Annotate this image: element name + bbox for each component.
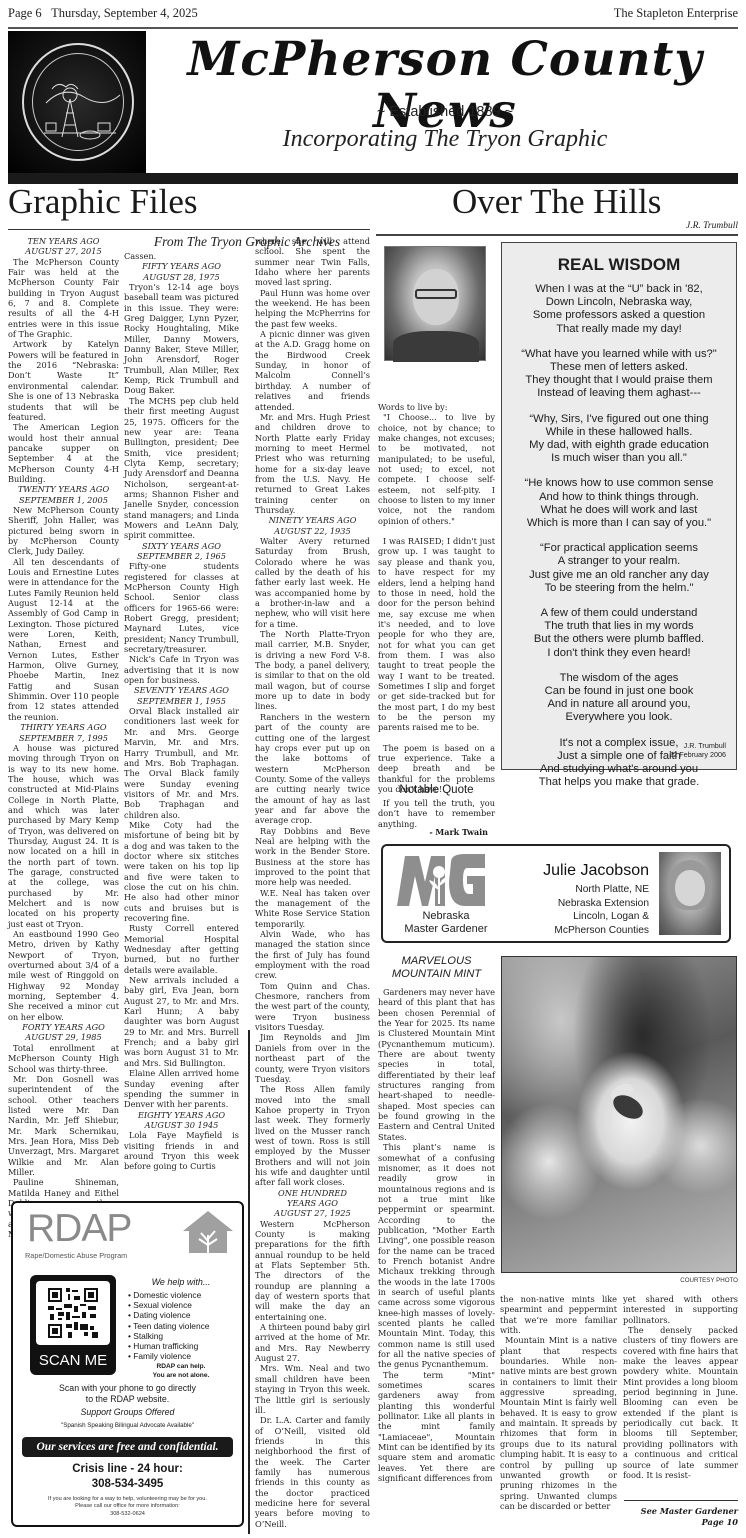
section-divider-left [8,229,370,230]
help-item: Stalking [128,1331,209,1341]
help-item: Dating violence [128,1310,209,1320]
scan-instructions: Scan with your phone to go directly to t… [13,1383,242,1405]
poem-line: A stranger to your realm. [502,555,736,568]
poem-line: They thought that I would praise them [502,374,736,387]
rdap-can-help: RDAP can help. You are not alone. [131,1363,231,1380]
poem-line: “He knows how to use common sense [502,477,736,490]
poem-stanza: The wisdom of the agesCan be found in ju… [502,672,736,725]
paragraph: Words to live by: [378,402,495,412]
dateline-heading: SEPTEMBER 1, 1955 [124,696,239,706]
support-groups: Support Groups Offered [13,1407,242,1417]
paragraph: A picnic dinner was given at the A.D. Gr… [255,329,370,412]
paragraph: Elaine Allen arrived home Sunday evening… [124,1068,239,1109]
paragraph: Mountain Mint is a native plant that res… [500,1335,617,1511]
paragraph: Cassen. [124,251,239,261]
poem-line: The wisdom of the ages [502,672,736,685]
poem-signature: J.R. Trumbull 22 February 2006 [669,741,726,759]
master-gardener-caption: Nebraska Master Gardener [391,910,501,936]
help-item: Human trafficking [128,1341,209,1351]
paragraph: Ray Dobbins and Beve Neal are helping wi… [255,826,370,888]
dateline-heading: SEVENTY YEARS AGO [124,685,239,695]
section-divider-right [376,234,738,236]
poem-stanza: “Why, Sirs, I've figured out one thingWh… [502,413,736,466]
dateline-heading: AUGUST 27, 1925 [255,1208,370,1218]
paragraph: Mr. and Mrs. Hugh Priest and children dr… [255,412,370,515]
paragraph: Dr. L.A. Carter and family of O’Neill, v… [255,1415,370,1529]
dateline-heading: ONE HUNDRED [255,1188,370,1198]
dateline-heading: EIGHTY YEARS AGO [124,1110,239,1120]
poem-line: When I was at the “U” back in '82, [502,283,736,296]
issue-date: Thursday, September 4, 2025 [51,6,198,20]
page-number: Page 6 [8,6,42,20]
help-item: Domestic violence [128,1290,209,1300]
poem-date: 22 February 2006 [669,750,726,759]
help-title: We help with... [121,1277,241,1287]
paragraph: "I Choose... to live by choice, not by c… [378,412,495,526]
help-list: Domestic violence Sexual violence Dating… [128,1290,209,1361]
paragraph: The McPherson County Fair was held at th… [8,257,119,340]
paragraph: This plant’s name is somewhat of a confu… [378,1142,495,1370]
mint-article-column-2: the non-native mints like spearmint and … [500,1294,617,1511]
author-name: Julie Jacobson [543,862,649,880]
dateline-heading: SIXTY YEARS AGO [124,541,239,551]
spanish-advocate: "Spanish Speaking Bilingual Advocate Ava… [13,1422,242,1429]
paragraph [378,526,495,536]
poem-line: But the others were plumb baffled. [502,633,736,646]
archives-column-3: where she will attend school. She spent … [255,236,370,1529]
master-gardener-banner: Nebraska Master Gardener Julie Jacobson … [381,844,731,943]
dateline-heading: TEN YEARS AGO [8,236,119,246]
paragraph: the non-native mints like spearmint and … [500,1294,617,1335]
ad-side-rule [248,1030,250,1534]
poem-line: Can be found in just one book [502,685,736,698]
dateline-heading: AUGUST 28, 1975 [124,272,239,282]
paragraph: Mrs. Wm. Neal and two small children hav… [255,1363,370,1415]
paragraph: Paul Hunn was home over the weekend. He … [255,288,370,329]
article-headline: MARVELOUS MOUNTAIN MINT [378,955,495,981]
poem-line: “Why, Sirs, I've figured out one thing [502,413,736,426]
poem-line: I don't think they even heard! [502,647,736,660]
newspaper-title: McPherson County News [150,34,740,137]
paragraph: Total enrollment at McPherson County Hig… [8,1043,119,1074]
dateline-heading: SEPTEMBER 1, 2005 [8,495,119,505]
established-line: ~ Established 1889 ~ [150,104,740,120]
paragraph: Rusty Correll entered Memorial Hospital … [124,923,239,975]
paragraph [378,733,495,743]
paragraph: The densely packed clusters of tiny flow… [623,1325,738,1480]
paragraph: Fifty-one students registered for classe… [124,561,239,654]
poem-stanzas: When I was at the “U” back in '82,Down L… [502,283,736,790]
poem-stanza: When I was at the “U” back in '82,Down L… [502,283,736,336]
qr-code-block[interactable]: SCAN ME [30,1275,116,1375]
poem-stanza: A few of them could understandThe truth … [502,607,736,660]
paragraph: The Ross Allen family moved into the sma… [255,1084,370,1187]
dateline-heading: NINETY YEARS AGO [255,515,370,525]
notable-quote-attribution: - Mark Twain [378,827,488,837]
incorporating-line: Incorporating The Tryon Graphic [150,126,740,153]
paragraph: Nick’s Cafe in Tryon was advertising tha… [124,654,239,685]
mountain-mint-photo [501,956,737,1273]
rdap-subtitle: Rape/Domestic Abuse Program [25,1251,127,1260]
help-item: Sexual violence [128,1300,209,1310]
dateline-heading: SEPTEMBER 7, 1995 [8,733,119,743]
poem-line: That really made my day! [502,323,736,336]
dateline-heading: THIRTY YEARS AGO [8,722,119,732]
poem-line: Down Lincoln, Nebraska way, [502,296,736,309]
mint-article-column-3: yet shared with others interested in sup… [623,1294,738,1480]
poem-line: And in nature all around you, [502,698,736,711]
poem-stanza: “For practical application seemsA strang… [502,542,736,595]
continued-on-page[interactable]: See Master Gardener Page 10 [600,1506,738,1527]
scan-me-label: SCAN ME [30,1352,116,1369]
paragraph: New McPherson County Sheriff, John Halle… [8,505,119,557]
county-seal-logo [8,31,146,173]
poem-line: These men of letters asked. [502,361,736,374]
mint-article-column-1: Gardeners may never have heard of this p… [378,987,495,1484]
paragraph: New arrivals included a baby girl, Eva J… [124,975,239,1068]
section-title-graphic-files: Graphic Files [8,182,198,222]
poem-line: A few of them could understand [502,607,736,620]
poem-line: My dad, with eighth grade education [502,439,736,452]
seal-icon [22,43,134,161]
author-info: North Platte, NE Nebraska Extension Linc… [554,883,649,937]
column-byline: J.R. Trumbull [686,221,738,231]
dateline-heading: TWENTY YEARS AGO [8,484,119,494]
poem-stanza: “He knows how to use common senseAnd how… [502,477,736,530]
paragraph: W.E. Neal has taken over the management … [255,888,370,929]
folio-divider [8,27,738,29]
poem-line: And studying what's around you [502,763,736,776]
poem-line: Is much wiser than you all." [502,452,736,465]
poem-line: Instead of leaving them aghast--- [502,387,736,400]
archives-column-2: Cassen.FIFTY YEARS AGOAUGUST 28, 1975Try… [124,251,239,1172]
dateline-heading: FIFTY YEARS AGO [124,261,239,271]
paragraph: The American Legion would host their ann… [8,422,119,484]
dateline-heading: YEARS AGO [255,1198,370,1208]
paragraph: The MCHS pep club held their first meeti… [124,396,239,541]
poem-line: Some professors asked a question [502,309,736,322]
paragraph: Tryon’s 12-14 age boys baseball team was… [124,282,239,396]
poem-title: REAL WISDOM [502,255,736,275]
paragraph: Mr. Don Gosnell was superintendent of th… [8,1074,119,1177]
poem-line: “For practical application seems [502,542,736,555]
paragraph: The North Platte-Tryon mail carrier, M.B… [255,629,370,712]
help-item: Teen dating violence [128,1321,209,1331]
paragraph: Alvin Wade, who has managed the station … [255,929,370,981]
free-confidential-banner: Our services are free and confidential. [22,1437,233,1457]
notable-quote-text: If you tell the truth, you don’t have to… [378,798,495,829]
poem-line: The truth that lies in my words [502,620,736,633]
poem-line: To be steering from the helm." [502,582,736,595]
paragraph: Mike Coty had the misfortune of being bi… [124,820,239,923]
paragraph: where she will attend school. She spent … [255,236,370,288]
crisis-line-label: Crisis line - 24 hour: [13,1463,242,1475]
paragraph: Artwork by Katelyn Powers will be featur… [8,339,119,422]
house-tree-icon [181,1209,235,1253]
dateline-heading: AUGUST 29, 1985 [8,1032,119,1042]
crisis-phone-number[interactable]: 308-534-3495 [13,1478,242,1490]
archives-column-1: TEN YEARS AGOAUGUST 27, 2015The McPherso… [8,236,119,1239]
dateline-heading: SEPTEMBER 2, 1965 [124,551,239,561]
volunteer-info: If you are looking for a way to help, vo… [13,1496,242,1518]
master-gardener-logo [395,852,485,907]
poem-line: Which is more than I can say of you." [502,517,736,530]
paragraph: Western McPherson County is making prepa… [255,1219,370,1322]
dateline-heading: AUGUST 22, 1935 [255,526,370,536]
paragraph: An eastbound 1990 Geo Metro, driven by K… [8,929,119,1022]
photo-credit: COURTESY PHOTO [680,1277,738,1284]
section-title-over-the-hills: Over The Hills [452,182,661,222]
author-photo [659,852,721,935]
notable-quote-label: Notable Quote [378,784,495,796]
poem-real-wisdom: REAL WISDOM When I was at the “U” back i… [501,242,737,770]
words-to-live-by: Words to live by:"I Choose... to live by… [378,402,495,794]
poem-line: What he does will work and last [502,504,736,517]
paragraph: A thirteen pound baby girl arrived at th… [255,1322,370,1363]
poem-line: And how to think things through. [502,491,736,504]
paragraph: Gardeners may never have heard of this p… [378,987,495,1142]
poem-line: While in these hallowed halls. [502,426,736,439]
dateline-heading: AUGUST 27, 2015 [8,246,119,256]
jump-divider [624,1500,738,1501]
poem-line: “What have you learned while with us?" [502,348,736,361]
help-item: Family violence [128,1351,209,1361]
paragraph: I was RAISED; I didn't just grow up. I w… [378,536,495,733]
dateline-heading: FORTY YEARS AGO [8,1022,119,1032]
rdap-advertisement: RDAP Rape/Domestic Abuse Program SCAN M [11,1201,244,1527]
columnist-photo [384,246,486,361]
office-phone-number[interactable]: 308-532-0624 [13,1511,242,1518]
poem-line: Everywhere you look. [502,711,736,724]
qr-code-icon [48,1288,98,1338]
paragraph: A house was pictured moving through Tryo… [8,743,119,929]
poem-line: Just give me an old rancher any day [502,569,736,582]
paragraph: Ranchers in the western part of the coun… [255,712,370,826]
paragraph: Jim Reynolds and Jim Daniels from over i… [255,1032,370,1084]
publication-name: The Stapleton Enterprise [614,6,738,21]
paragraph: Walter Avery returned Saturday from Brus… [255,536,370,629]
paragraph: Lola Faye Mayfield is visiting friends i… [124,1130,239,1171]
poem-line: That helps you make that grade. [502,776,736,789]
paragraph: Tom Quinn and Chas. Chesmore, ranchers f… [255,981,370,1033]
paragraph: yet shared with others interested in sup… [623,1294,738,1325]
poem-stanza: “What have you learned while with us?"Th… [502,348,736,401]
folio-left: Page 6 Thursday, September 4, 2025 [8,6,198,21]
rdap-logo: RDAP [27,1209,131,1249]
poem-author: J.R. Trumbull [669,741,726,750]
dateline-heading: AUGUST 30 1945 [124,1120,239,1130]
paragraph: The term "Mint" sometimes scares gardene… [378,1370,495,1484]
paragraph: All ten descendants of Louis and Ernesti… [8,557,119,723]
paragraph: Orval Black installed air conditioners l… [124,706,239,820]
